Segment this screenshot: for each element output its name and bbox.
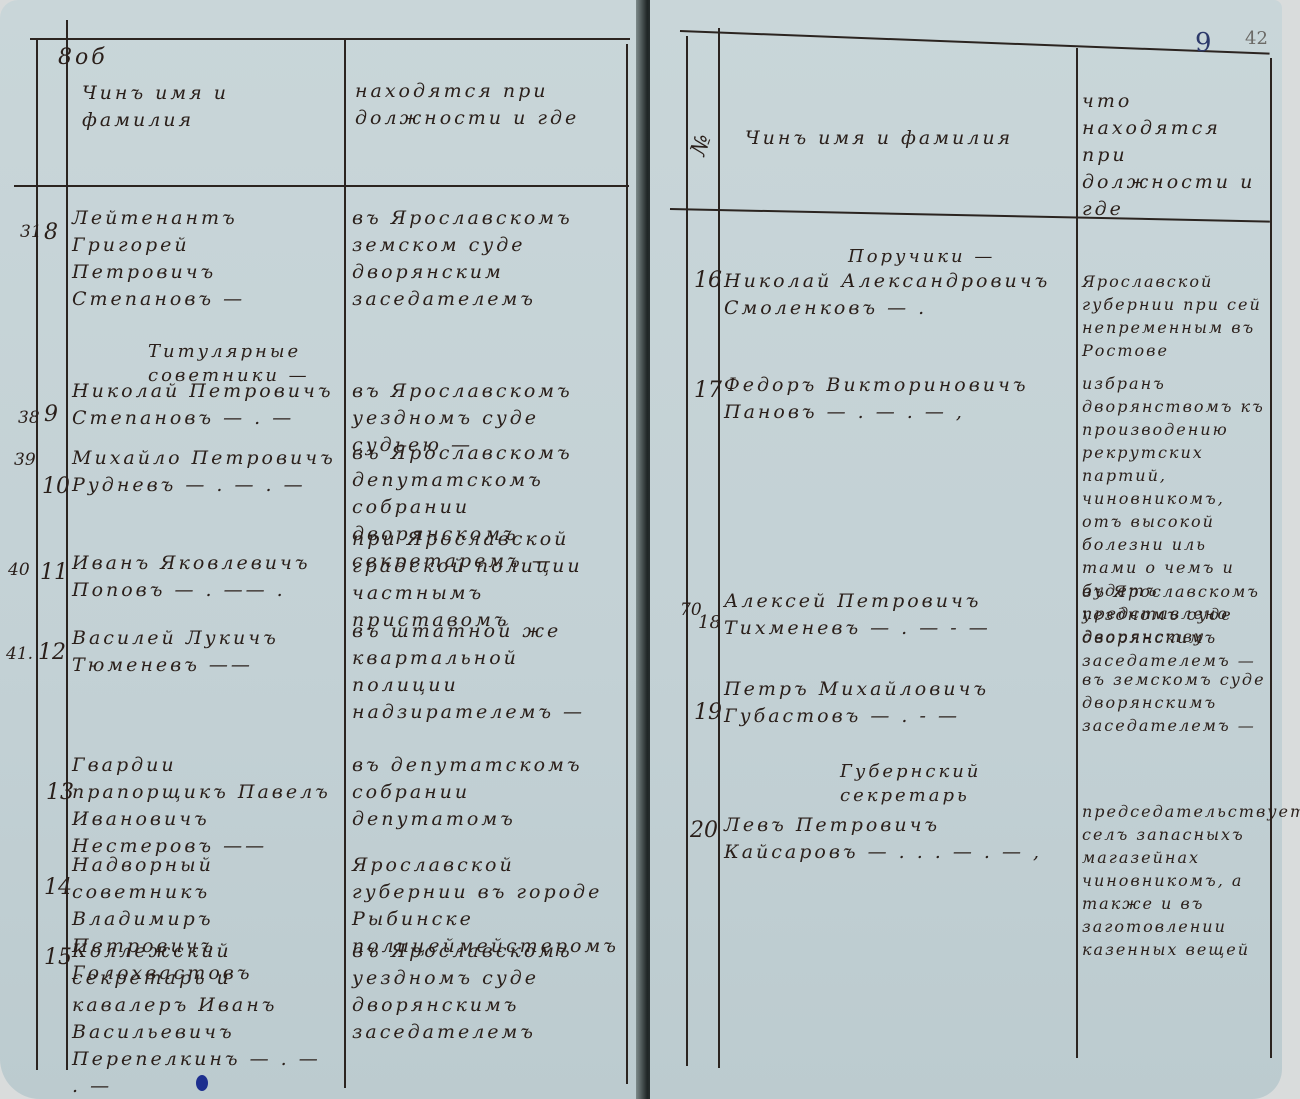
entry-number: 14	[44, 875, 72, 900]
document-spread: 8об Чинъ имя и фамилия находятся при дол…	[0, 0, 1300, 1099]
entry-position: въ штатной же квартальной полиции надзир…	[352, 618, 622, 726]
entry-position: въ земскомъ суде дворянскимъ заседателем…	[1082, 668, 1267, 737]
entry-name: Федоръ Викториновичъ Пановъ — . — . — ,	[724, 372, 1069, 426]
entry-number: 12	[38, 640, 66, 665]
header-name-column: Чинъ имя и фамилия	[82, 80, 332, 134]
entry-name: Николай Александровичъ Смоленковъ — .	[724, 268, 1069, 322]
entry-position: въ депутатскомъ собрании депутатомъ	[352, 752, 622, 833]
entry-number: 20	[690, 818, 718, 843]
margin-number: 38	[18, 408, 40, 428]
ink-blot	[196, 1075, 208, 1091]
folio-number: 9	[1195, 28, 1212, 58]
margin-number: 39	[14, 450, 36, 470]
folio-pencil-number: 42	[1245, 28, 1268, 49]
entry-number: 15	[44, 945, 72, 970]
entry-number: 16	[694, 268, 722, 293]
rule-header-bottom	[14, 185, 629, 187]
entry-position: въ Ярославскомъ уездномъ суде дворянским…	[1082, 580, 1267, 672]
entry-number: 9	[44, 402, 58, 427]
header-name-column: Чинъ имя и фамилия	[745, 125, 1065, 152]
entry-number: 19	[694, 700, 722, 725]
rule-name-col	[344, 38, 346, 1088]
entry-number: 8	[44, 220, 58, 245]
left-page: 8об Чинъ имя и фамилия находятся при дол…	[0, 0, 640, 1099]
entry-name: Алексей Петровичъ Тихменевъ — . — - —	[724, 588, 1069, 642]
folio-mark: 8об	[58, 44, 108, 71]
header-position-column: находятся при должности и где	[355, 78, 620, 132]
rule-top	[30, 38, 630, 40]
entry-position: въ Ярославскомъ земском суде дворянским …	[352, 205, 622, 313]
rule-right-edge	[626, 44, 628, 1084]
section-heading: Поручики —	[848, 245, 995, 269]
entry-number: 18	[698, 612, 721, 633]
rule-left-margin	[36, 40, 38, 1070]
header-position-column: что находятся при должности и где	[1082, 88, 1267, 223]
entry-name: Николай Петровичъ Степановъ — . —	[72, 378, 337, 432]
entry-name: Лейтенантъ Григорей Петровичъ Степановъ …	[72, 205, 337, 313]
rule-left-margin	[686, 36, 688, 1066]
entry-position: председательствуетъ селъ запасныхъ магаз…	[1082, 800, 1267, 961]
margin-number: 40	[8, 560, 30, 580]
section-heading: Губернский секретарь	[840, 760, 1000, 808]
right-page: 9 42 № Чинъ имя и фамилия что находятся …	[650, 0, 1282, 1099]
entry-name: Левъ Петровичъ Кайсаровъ — . . . — . — ,	[724, 812, 1069, 866]
entry-name: Михайло Петровичъ Рудневъ — . — . —	[72, 445, 337, 499]
entry-name: Петръ Михайловичъ Губастовъ — . - —	[724, 676, 1069, 730]
rule-name-col	[1076, 48, 1078, 1058]
rule-num-col	[718, 28, 720, 1068]
entry-name: Гвардии прапорщикъ Павелъ Ивановичъ Нест…	[72, 752, 337, 860]
entry-name: Иванъ Яковлевичъ Поповъ — . —— .	[72, 550, 337, 604]
entry-position: въ Ярославскомъ уездномъ суде дворянским…	[352, 938, 622, 1046]
entry-number: 10	[42, 474, 70, 499]
rule-right-edge	[1270, 58, 1272, 1058]
entry-number: 17	[694, 378, 722, 403]
entry-number: 13	[46, 780, 74, 805]
entry-number: 11	[40, 560, 68, 585]
rule-top	[680, 30, 1270, 54]
margin-number: 31	[20, 222, 42, 242]
rule-num-col	[66, 20, 68, 1070]
header-number-column: №	[685, 128, 719, 160]
entry-position: Ярославской губернии при сей непременным…	[1082, 270, 1267, 362]
entry-name: Василей Лукичъ Тюменевъ ——	[72, 625, 337, 679]
margin-number: 41.	[6, 644, 33, 664]
